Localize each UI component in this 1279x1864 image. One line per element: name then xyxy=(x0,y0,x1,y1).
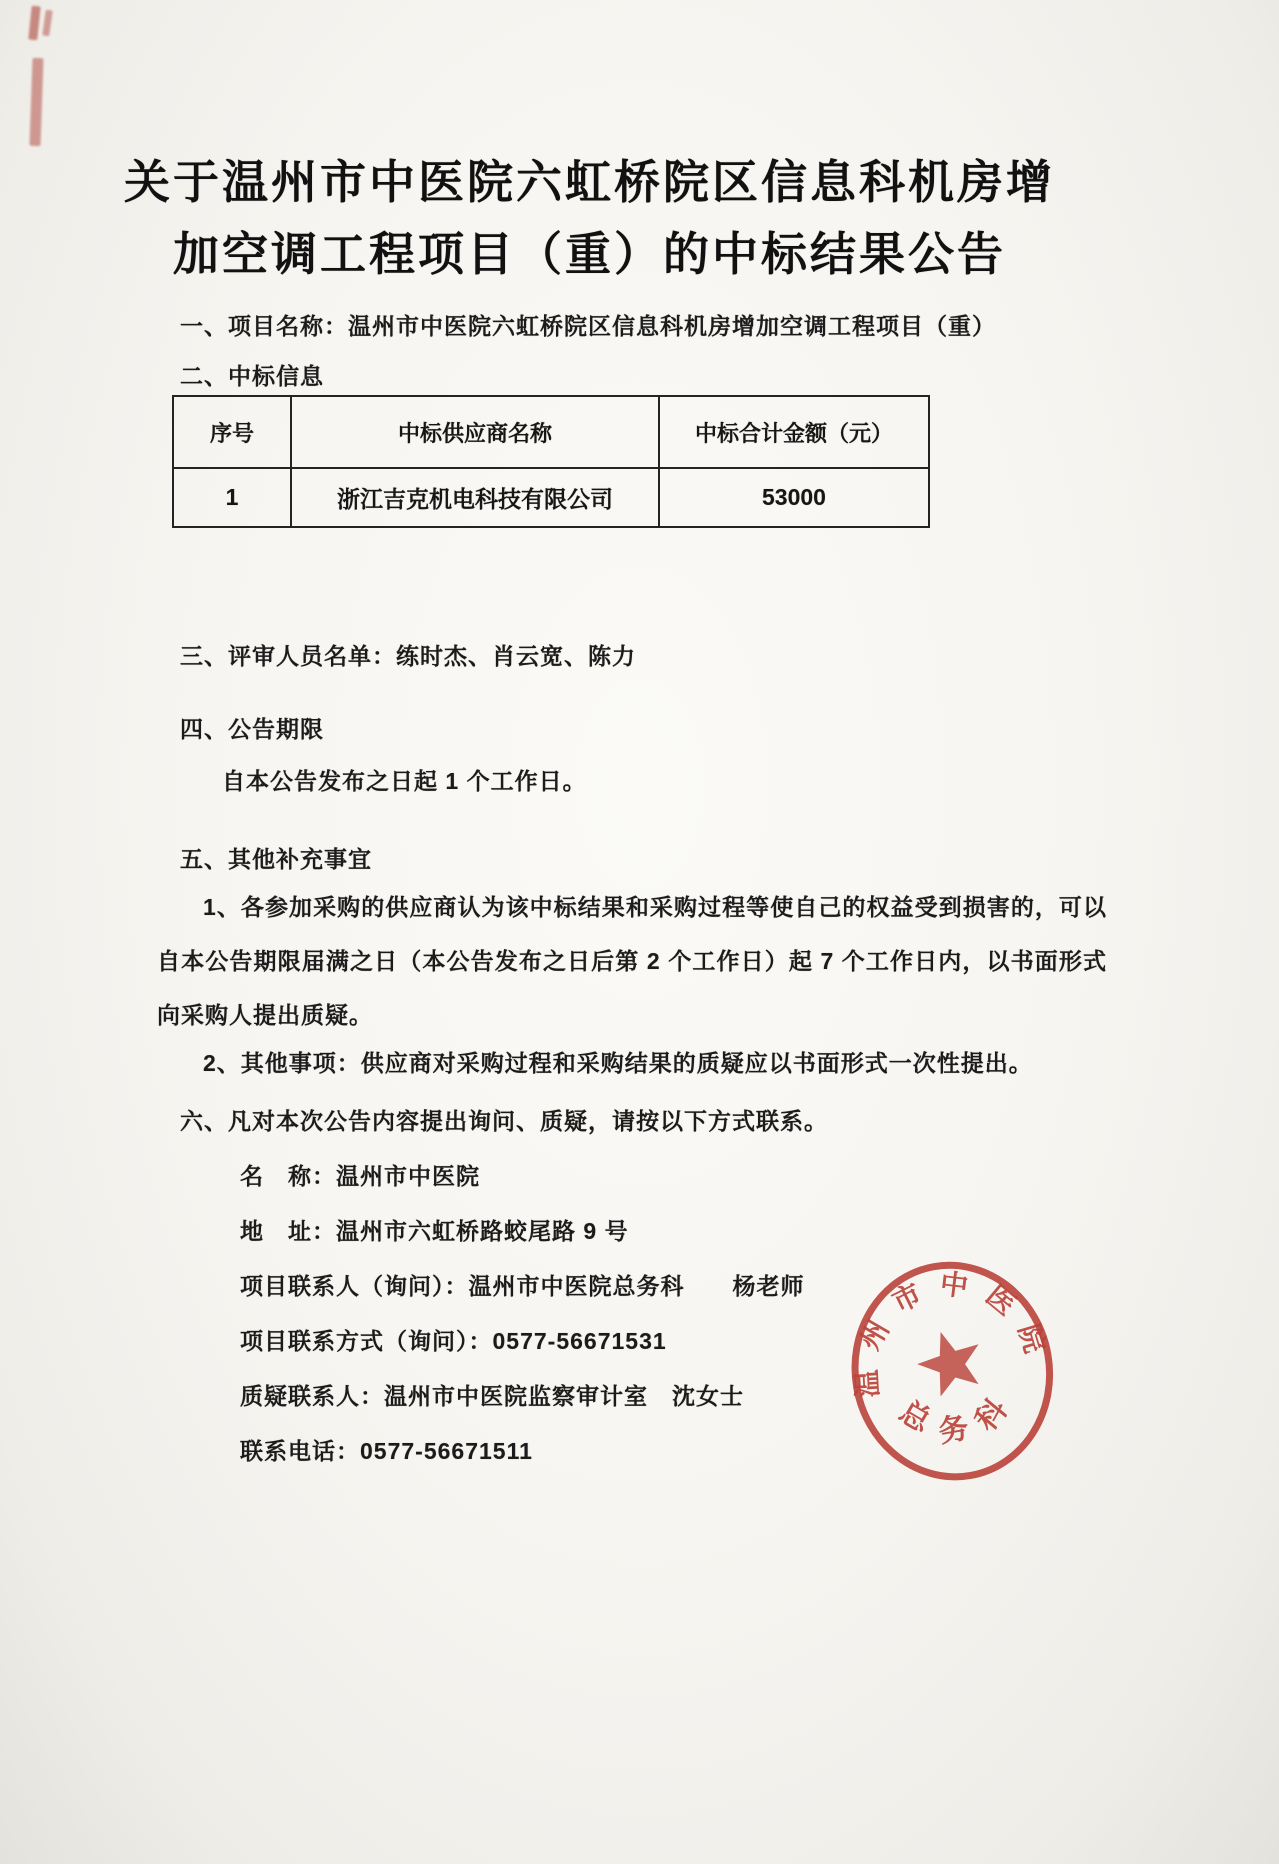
section-notice-period-heading: 四、公告期限 xyxy=(180,711,324,744)
table-header-row: 序号 中标供应商名称 中标合计金额（元） xyxy=(173,396,929,468)
section-contact-heading: 六、凡对本次公告内容提出询问、质疑，请按以下方式联系。 xyxy=(180,1103,828,1136)
table-cell-supplier: 浙江吉克机电科技有限公司 xyxy=(291,468,659,527)
section-project-name: 一、项目名称：温州市中医院六虹桥院区信息科机房增加空调工程项目（重） xyxy=(180,308,996,341)
supplementary-item-2: 2、其他事项：供应商对采购过程和采购结果的质疑应以书面形式一次性提出。 xyxy=(157,1036,1147,1090)
scan-artifact-mark xyxy=(28,6,41,41)
table-cell-serial: 1 xyxy=(173,468,291,527)
table-cell-amount: 53000 xyxy=(659,468,929,527)
contact-address: 地 址：温州市六虹桥路蛟尾路 9 号 xyxy=(240,1213,629,1246)
svg-text:总务科: 总务科 xyxy=(889,1375,1031,1457)
contact-project-person: 项目联系人（询问）：温州市中医院总务科 杨老师 xyxy=(240,1268,805,1301)
contact-phone: 联系电话：0577-56671511 xyxy=(240,1433,533,1466)
table-row: 1 浙江吉克机电科技有限公司 53000 xyxy=(173,468,929,527)
table-header-serial: 序号 xyxy=(173,396,291,468)
document-page: 关于温州市中医院六虹桥院区信息科机房增 加空调工程项目（重）的中标结果公告 一、… xyxy=(0,0,1279,1864)
table-header-amount: 中标合计金额（元） xyxy=(659,396,929,468)
contact-challenge-person: 质疑联系人：温州市中医院监察审计室 沈女士 xyxy=(240,1378,744,1411)
contact-project-phone: 项目联系方式（询问）：0577-56671531 xyxy=(240,1323,667,1356)
section-bid-info-heading: 二、中标信息 xyxy=(180,358,324,391)
section-supplementary-heading: 五、其他补充事宜 xyxy=(180,841,372,874)
document-title-line2: 加空调工程项目（重）的中标结果公告 xyxy=(0,218,1229,290)
document-title: 关于温州市中医院六虹桥院区信息科机房增 加空调工程项目（重）的中标结果公告 xyxy=(0,146,1229,290)
scan-artifact-mark xyxy=(29,58,43,146)
notice-period-body: 自本公告发布之日起 1 个工作日。 xyxy=(222,763,587,796)
contact-name: 名 称：温州市中医院 xyxy=(240,1158,480,1191)
table-header-supplier: 中标供应商名称 xyxy=(291,396,659,468)
official-stamp: 温州市中医院 总务科 xyxy=(824,1239,1082,1512)
section-reviewers: 三、评审人员名单：练时杰、肖云宽、陈力 xyxy=(180,638,636,671)
supplementary-item-1: 1、各参加采购的供应商认为该中标结果和采购过程等使自己的权益受到损害的，可以自本… xyxy=(157,880,1107,1042)
stamp-star-icon xyxy=(910,1322,990,1400)
bid-result-table: 序号 中标供应商名称 中标合计金额（元） 1 浙江吉克机电科技有限公司 5300… xyxy=(172,395,930,528)
scan-artifact-mark xyxy=(42,10,53,37)
document-title-line1: 关于温州市中医院六虹桥院区信息科机房增 xyxy=(0,146,1229,218)
stamp-bottom-text: 总务科 xyxy=(889,1375,1031,1457)
